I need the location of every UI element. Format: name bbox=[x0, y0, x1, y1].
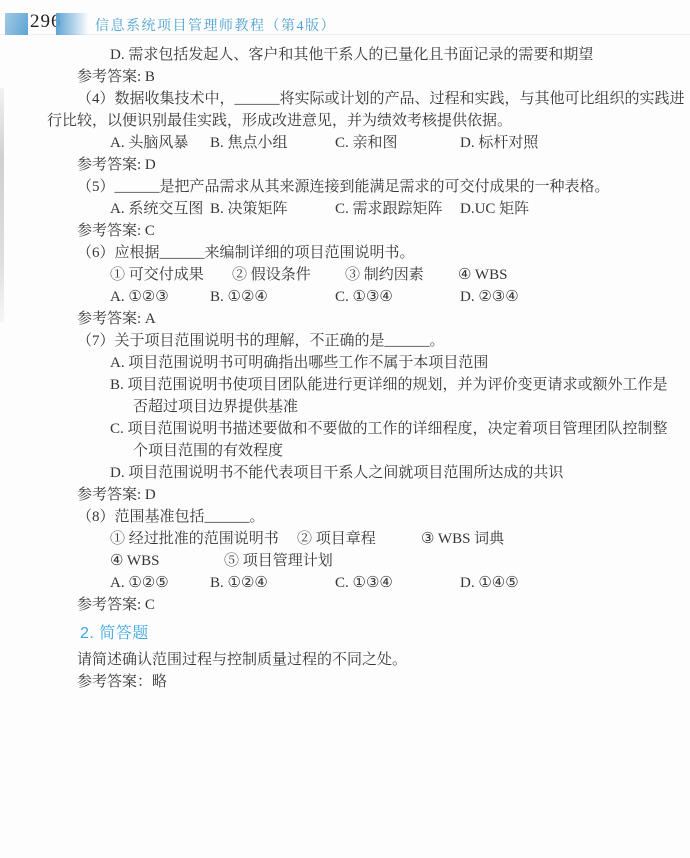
numbered-items-row: ④ WBS ⑤ 项目管理计划 bbox=[0, 550, 690, 572]
answer-line: 参考答案: A bbox=[0, 308, 690, 330]
answer-line: 参考答案: B bbox=[0, 66, 690, 88]
option-c: C. 亲和图 bbox=[335, 132, 398, 154]
options-row: A. 系统交互图 B. 决策矩阵 C. 需求跟踪矩阵 D.UC 矩阵 bbox=[0, 198, 690, 220]
question-line: （7）关于项目范围说明书的理解，不正确的是______。 bbox=[0, 330, 690, 352]
numbered-items-row: ① 经过批准的范围说明书 ② 项目章程 ③ WBS 词典 bbox=[0, 528, 690, 550]
item-3: ③ 制约因素 bbox=[345, 264, 424, 286]
page-number-accent-right bbox=[56, 13, 89, 35]
page-content: D. 需求包括发起人、客户和其他干系人的已量化且书面记录的需要和期望 参考答案:… bbox=[0, 44, 690, 693]
book-title: 信息系统项目管理师教程（第4版） bbox=[95, 15, 336, 35]
option-line: D. 项目范围说明书不能代表项目干系人之间就项目范围所达成的共识 bbox=[0, 462, 690, 484]
option-c: C. 需求跟踪矩阵 bbox=[335, 198, 443, 220]
option-d: D. ①④⑤ bbox=[460, 572, 519, 594]
book-page: 296 信息系统项目管理师教程（第4版） D. 需求包括发起人、客户和其他干系人… bbox=[0, 0, 690, 858]
option-b: B. 焦点小组 bbox=[210, 132, 288, 154]
short-answer-answer: 参考答案：略 bbox=[0, 671, 690, 693]
option-c: C. ①③④ bbox=[335, 286, 393, 308]
option-d: D.UC 矩阵 bbox=[460, 198, 529, 220]
option-a: A. 系统交互图 bbox=[110, 198, 203, 220]
options-row: A. ①②⑤ B. ①②④ C. ①③④ D. ①④⑤ bbox=[0, 572, 690, 594]
option-d: D. 标杆对照 bbox=[460, 132, 538, 154]
item-1: ① 经过批准的范围说明书 bbox=[110, 528, 279, 550]
item-5: ⑤ 项目管理计划 bbox=[224, 550, 333, 572]
answer-line: 参考答案: C bbox=[0, 220, 690, 242]
question-line: （8）范围基准包括______。 bbox=[0, 506, 690, 528]
option-line: B. 项目范围说明书使项目团队能进行更详细的规划，并为评价变更请求或额外工作是 bbox=[0, 374, 690, 396]
option-continuation: 个项目范围的有效程度 bbox=[0, 440, 690, 462]
option-continuation: 否超过项目边界提供基准 bbox=[0, 396, 690, 418]
page-number-accent-left bbox=[5, 13, 28, 35]
option-a: A. ①②⑤ bbox=[110, 572, 169, 594]
page-header: 296 信息系统项目管理师教程（第4版） bbox=[0, 0, 690, 40]
item-4: ④ WBS bbox=[110, 550, 159, 572]
question-line: （5）______是把产品需求从其来源连接到能满足需求的可交付成果的一种表格。 bbox=[0, 176, 690, 198]
numbered-items-row: ① 可交付成果 ② 假设条件 ③ 制约因素 ④ WBS bbox=[0, 264, 690, 286]
options-row: A. ①②③ B. ①②④ C. ①③④ D. ②③④ bbox=[0, 286, 690, 308]
question-line: （6）应根据______来编制详细的项目范围说明书。 bbox=[0, 242, 690, 264]
answer-line: 参考答案: D bbox=[0, 154, 690, 176]
section-heading: 2. 简答题 bbox=[0, 623, 690, 645]
item-2: ② 项目章程 bbox=[297, 528, 376, 550]
option-b: B. 决策矩阵 bbox=[210, 198, 288, 220]
option-a: A. 头脑风暴 bbox=[110, 132, 188, 154]
option-line: C. 项目范围说明书描述要做和不要做的工作的详细程度，决定着项目管理团队控制整 bbox=[0, 418, 690, 440]
question-line: （4）数据收集技术中，______将实际或计划的产品、过程和实践，与其他可比组织… bbox=[0, 88, 690, 110]
option-b: B. ①②④ bbox=[210, 286, 268, 308]
item-4: ④ WBS bbox=[458, 264, 507, 286]
item-2: ② 假设条件 bbox=[232, 264, 311, 286]
option-c: C. ①③④ bbox=[335, 572, 393, 594]
item-3: ③ WBS 词典 bbox=[421, 528, 504, 550]
options-row: A. 头脑风暴 B. 焦点小组 C. 亲和图 D. 标杆对照 bbox=[0, 132, 690, 154]
option-a: A. ①②③ bbox=[110, 286, 169, 308]
option-line: D. 需求包括发起人、客户和其他干系人的已量化且书面记录的需要和期望 bbox=[0, 44, 690, 66]
option-b: B. ①②④ bbox=[210, 572, 268, 594]
option-line: A. 项目范围说明书可明确指出哪些工作不属于本项目范围 bbox=[0, 352, 690, 374]
answer-line: 参考答案: D bbox=[0, 484, 690, 506]
short-answer-question: 请简述确认范围过程与控制质量过程的不同之处。 bbox=[0, 649, 690, 671]
answer-line: 参考答案: C bbox=[0, 594, 690, 616]
question-continuation: 行比较，以便识别最佳实践，形成改进意见，并为绩效考核提供依据。 bbox=[0, 110, 690, 132]
item-1: ① 可交付成果 bbox=[110, 264, 204, 286]
option-d: D. ②③④ bbox=[460, 286, 519, 308]
